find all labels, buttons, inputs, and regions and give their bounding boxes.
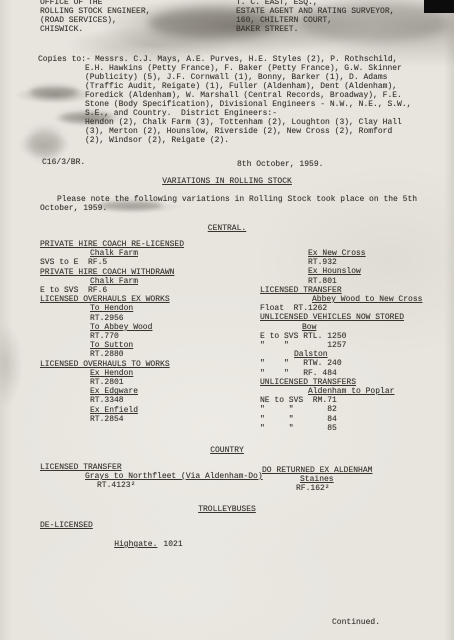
garage-name: Staines	[300, 475, 334, 484]
subsection-heading: UNLICENSED TRANSFERS	[260, 378, 422, 387]
vehicle-entry: " " RF. 484	[260, 369, 422, 378]
copies-line: Messrs. C.J. Mays, A.E. Purves, H.E. Sty…	[85, 55, 411, 64]
scan-corner-mark	[424, 0, 454, 13]
reference-number: C16/3/BR.	[42, 158, 85, 167]
vehicle-entry: 1021	[163, 540, 182, 549]
copies-line: (Publicity) (5), J.F. Cornwall (1), Bonn…	[85, 73, 411, 82]
garage-name: To Hendon	[40, 304, 184, 313]
copies-line: (3), Merton (2), Hounslow, Riverside (2)…	[85, 127, 411, 136]
garage-name: To Abbey Wood	[40, 323, 184, 332]
vehicle-entry: RT.2880	[40, 350, 184, 359]
vehicle-entry: RT.3348	[40, 396, 184, 405]
ink-smudge	[28, 128, 62, 158]
vehicle-entry: RT.4123²	[97, 481, 135, 490]
subsection-heading: PRIVATE HIRE COACH RE-LICENSED	[40, 240, 184, 249]
recipient-address: T. C. EAST, ESQ., ESTATE AGENT AND RATIN…	[236, 0, 394, 34]
subsection-heading: LICENSED OVERHAULS EX WORKS	[40, 295, 184, 304]
intro-line: October, 1959.	[40, 204, 107, 213]
intro-line: Please note the following variations in …	[57, 195, 417, 204]
subsection-heading: DE-LICENSED	[40, 521, 93, 530]
document-title: VARIATIONS IN ROLLING STOCK	[0, 177, 454, 186]
route-name: Abbey Wood to New Cross	[260, 295, 422, 304]
section-heading-central: CENTRAL.	[0, 224, 454, 233]
copies-line: Stone (Body Specification), Divisional E…	[85, 100, 411, 109]
copies-list: Messrs. C.J. Mays, A.E. Purves, H.E. Sty…	[85, 55, 411, 145]
ink-smudge	[30, 86, 78, 98]
trolleybus-entry: Highgate.1021	[95, 531, 183, 558]
copies-label: Copies to:-	[38, 55, 91, 64]
garage-name: Ex New Cross	[260, 249, 422, 258]
copies-line: Hendon (2), Chalk Farm (3), Tottenham (2…	[85, 118, 411, 127]
garage-name: To Sutton	[40, 341, 184, 350]
vehicle-entry: " " 84	[260, 415, 422, 424]
vehicle-entry: RT.801	[260, 277, 422, 286]
vehicle-entry: RT.2801	[40, 378, 184, 387]
vehicle-entry: RT.2956	[40, 314, 184, 323]
vehicle-entry: E to SVS RTL. 1250	[260, 332, 422, 341]
vehicle-entry: NE to SVS RM.71	[260, 396, 422, 405]
sender-line: OFFICE OF THE	[40, 0, 150, 7]
document-page: OFFICE OF THE ROLLING STOCK ENGINEER, (R…	[0, 0, 454, 640]
vehicle-entry: RT.932	[260, 258, 422, 267]
subsection-heading: UNLICENSED VEHICLES NOW STORED	[260, 313, 422, 322]
subsection-heading: LICENSED TRANSFER	[40, 463, 122, 472]
vehicle-entry: RT.2854	[40, 415, 184, 424]
garage-name: Chalk Farm	[40, 277, 184, 286]
sender-line: (ROAD SERVICES),	[40, 16, 150, 25]
garage-name: Ex Enfield	[40, 406, 184, 415]
vehicle-entry: E to SVS RF.6	[40, 286, 184, 295]
route-name: Aldenham to Poplar	[260, 387, 422, 396]
garage-name: Chalk Farm	[40, 249, 184, 258]
recipient-line: BAKER STREET.	[236, 25, 394, 34]
garage-name: Ex Edgware	[40, 387, 184, 396]
copies-line: (Traffic Audit, Reigate) (1), Fuller (Al…	[85, 82, 411, 91]
vehicle-entry: Float RT.1262	[260, 304, 422, 313]
copies-line: S.E., and Country. District Engineers:-	[85, 109, 411, 118]
subsection-heading: LICENSED TRANSFER	[260, 286, 422, 295]
vehicle-entry: " " 82	[260, 405, 422, 414]
garage-name: Bow	[260, 323, 422, 332]
garage-name: Dalston	[260, 350, 422, 359]
recipient-line: T. C. EAST, ESQ.,	[236, 0, 394, 7]
document-date: 8th October, 1959.	[237, 160, 323, 169]
copies-line: (2), Windsor (2), Reigate (2).	[85, 136, 411, 145]
recipient-line: 160, CHILTERN COURT,	[236, 16, 394, 25]
recipient-line: ESTATE AGENT AND RATING SURVEYOR,	[236, 7, 394, 16]
garage-name: Ex Hounslow	[260, 267, 422, 276]
copies-line: E.H. Hawkins (Petty France), F. Baker (P…	[85, 64, 411, 73]
vehicle-entry: SVS to E RF.5	[40, 258, 184, 267]
garage-name: Ex Hendon	[40, 369, 184, 378]
section-heading-country: COUNTRY	[0, 446, 454, 455]
sender-line: ROLLING STOCK ENGINEER,	[40, 7, 150, 16]
garage-name: Highgate.	[114, 540, 157, 549]
vehicle-entry: RF.162²	[296, 484, 330, 493]
sender-address: OFFICE OF THE ROLLING STOCK ENGINEER, (R…	[40, 0, 150, 34]
vehicle-entry: " " RTW. 240	[260, 359, 422, 368]
copies-line: Foredick (Aldenham), W. Marshall (Centra…	[85, 91, 411, 100]
subsection-heading: LICENSED OVERHAULS TO WORKS	[40, 360, 184, 369]
central-left-column: PRIVATE HIRE COACH RE-LICENSED Chalk Far…	[40, 240, 184, 424]
sender-line: CHISWICK.	[40, 25, 150, 34]
continued-note: Continued.	[332, 618, 380, 627]
vehicle-entry: RT.770	[40, 332, 184, 341]
vehicle-entry: " " 85	[260, 424, 422, 433]
section-heading-trolleybuses: TROLLEYBUSES	[0, 505, 454, 514]
route-name: Grays to Northfleet (Via Aldenham-Do)	[85, 472, 263, 481]
subsection-heading: DO RETURNED EX ALDENHAM	[262, 466, 372, 475]
vehicle-entry: " " 1257	[260, 341, 422, 350]
central-right-column: Ex New Cross RT.932 Ex Hounslow RT.801 L…	[260, 249, 422, 433]
subsection-heading: PRIVATE HIRE COACH WITHDRAWN	[40, 268, 184, 277]
